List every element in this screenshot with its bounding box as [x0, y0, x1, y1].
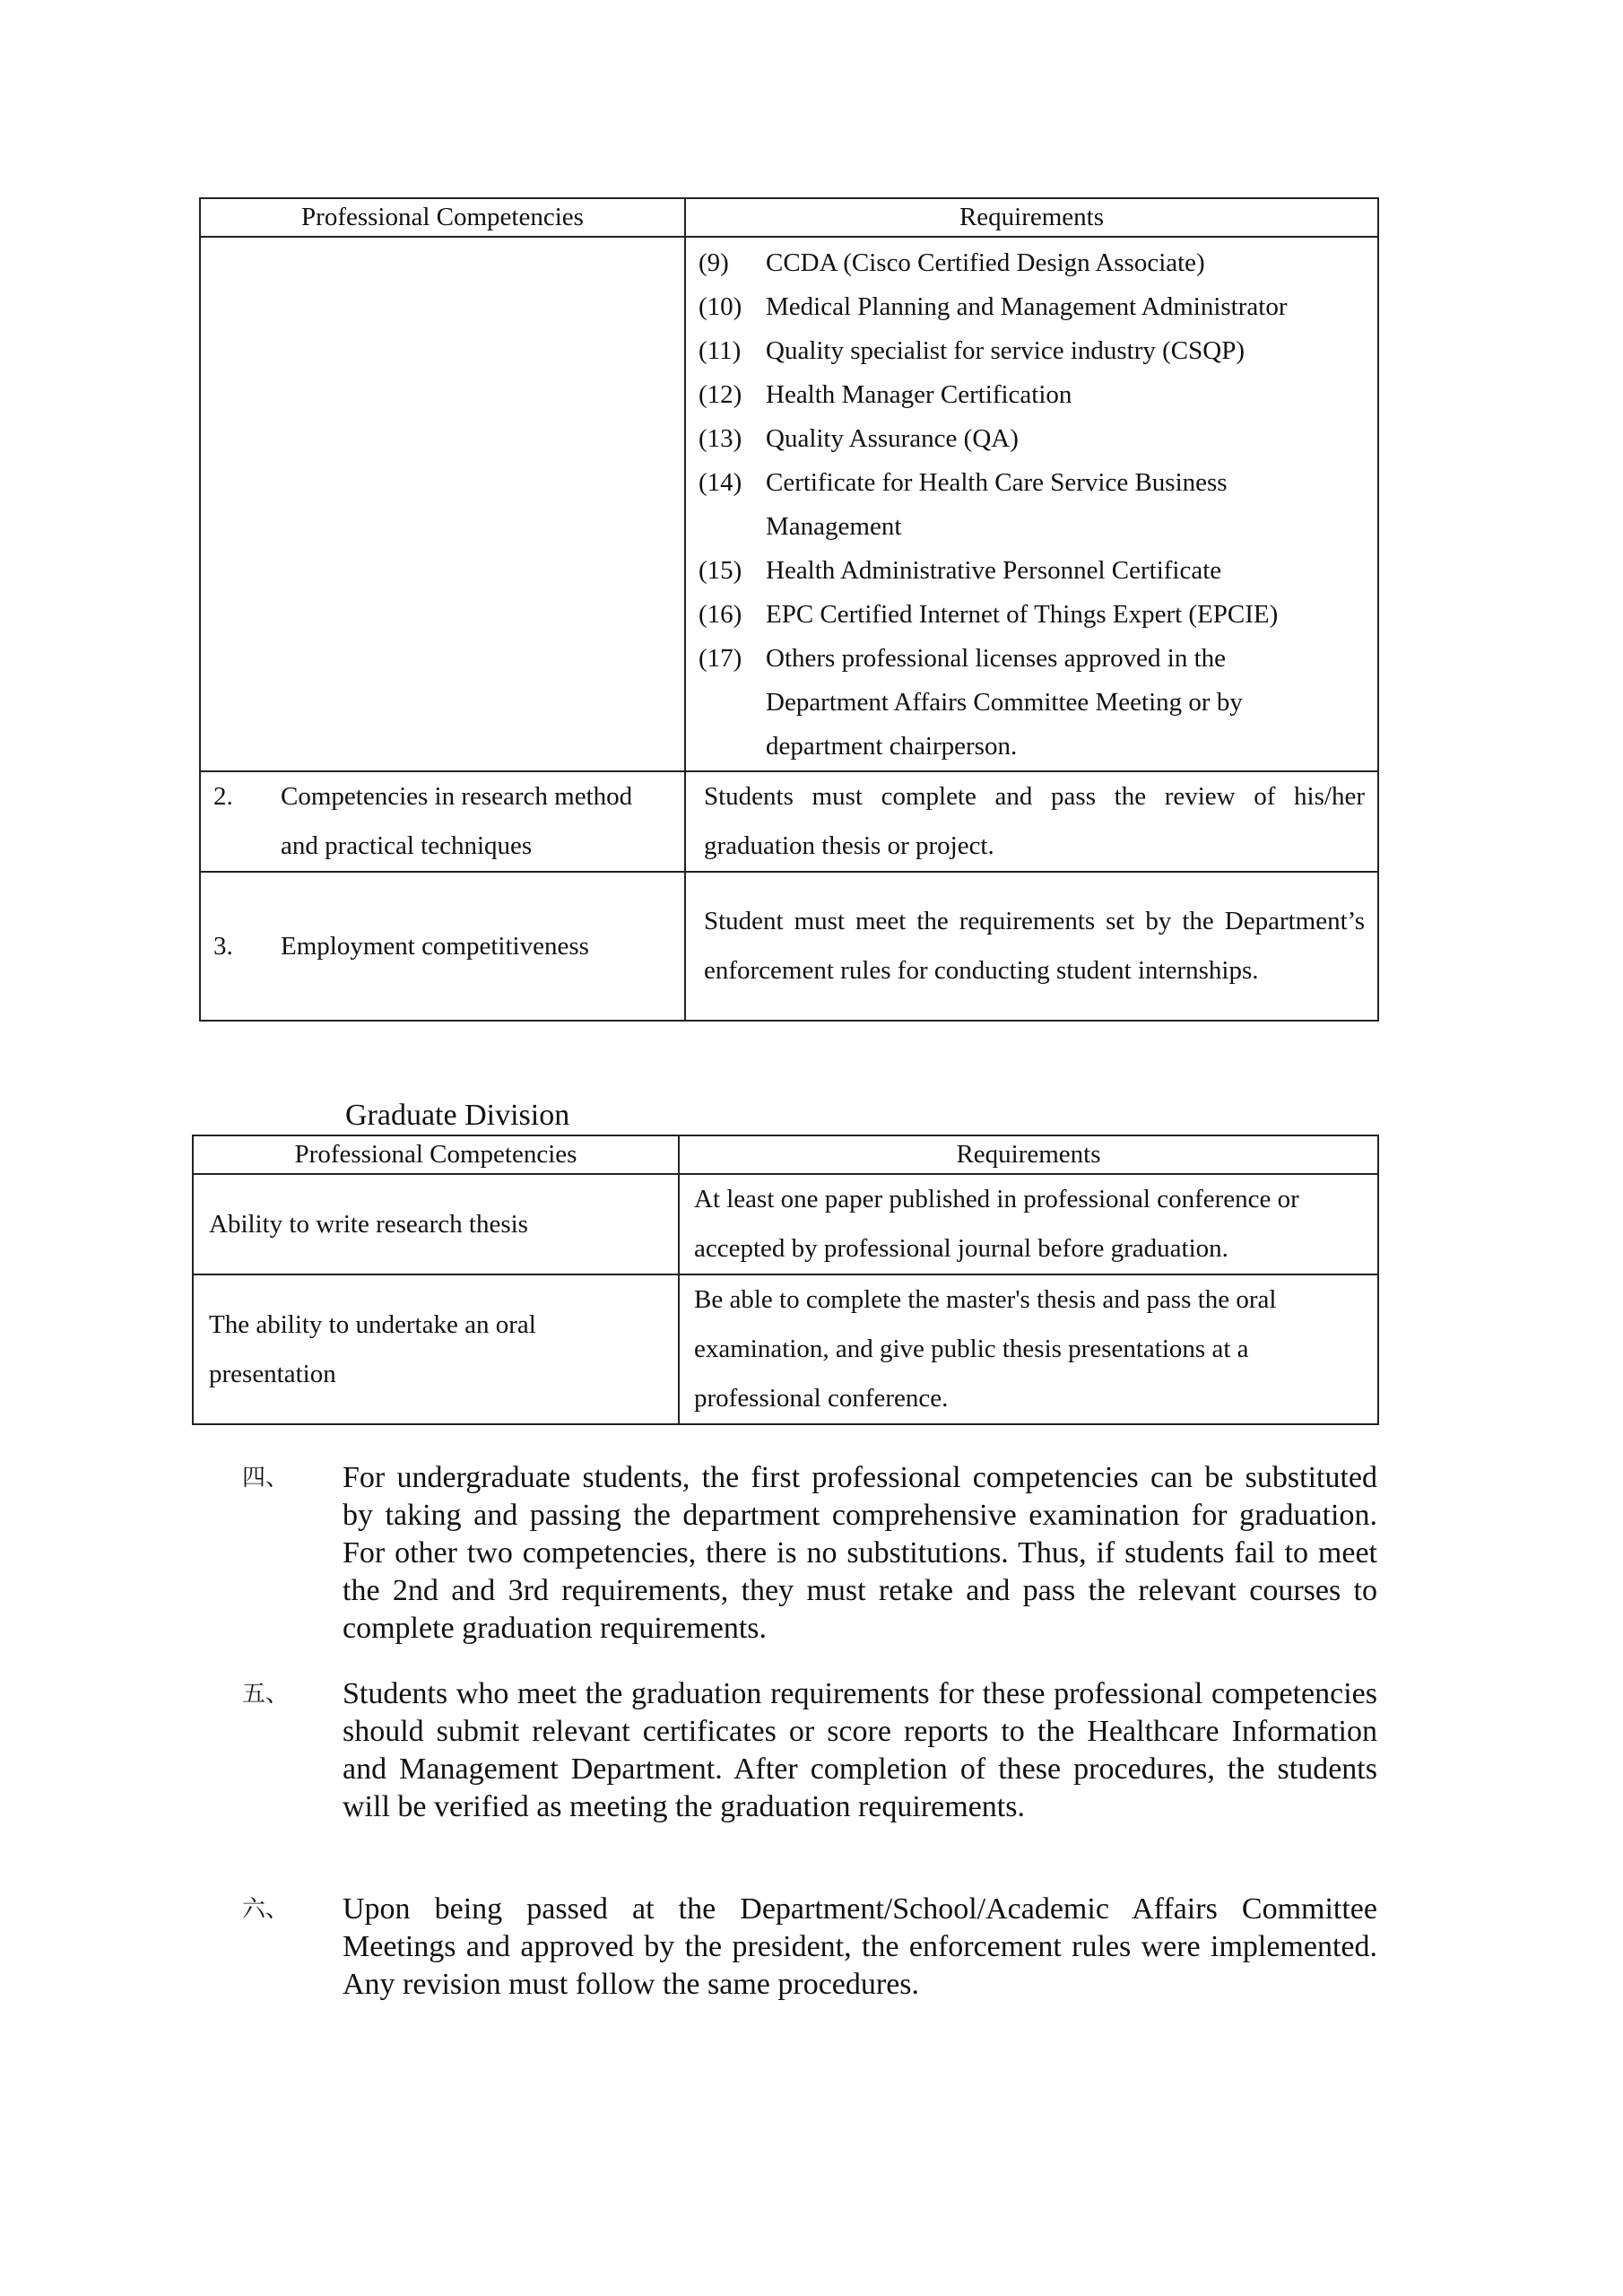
list-item-text: Quality Assurance (QA): [766, 417, 1368, 461]
table-header-row: Professional Competencies Requirements: [200, 198, 1378, 237]
list-item-number: (12): [699, 373, 766, 417]
list-item-text: Others professional licenses approved in…: [766, 637, 1368, 769]
list-item-text: Medical Planning and Management Administ…: [766, 285, 1368, 329]
graduate-competencies-table: Professional Competencies Requirements A…: [192, 1135, 1379, 1425]
header-professional-competencies: Professional Competencies: [193, 1135, 679, 1174]
list-item: (10)Medical Planning and Management Admi…: [699, 285, 1368, 329]
list-item-number: (11): [699, 329, 766, 373]
list-item-text: Certificate for Health Care Service Busi…: [766, 461, 1368, 549]
list-item-text: CCDA (Cisco Certified Design Associate): [766, 241, 1368, 285]
competency-cell: Ability to write research thesis: [193, 1174, 679, 1274]
list-item-text: Health Administrative Personnel Certific…: [766, 549, 1368, 593]
competency-cell: The ability to undertake an oral present…: [193, 1274, 679, 1424]
requirement-cell: Student must meet the requirements set b…: [685, 872, 1378, 1021]
paragraph-text: Students who meet the graduation require…: [343, 1675, 1377, 1826]
competency-text: Employment competitiveness: [281, 922, 675, 971]
competency-number: 3.: [213, 922, 281, 971]
competency-cell-empty: [200, 237, 685, 771]
paragraph-six: 六、 Upon being passed at the Department/S…: [242, 1891, 1377, 2004]
header-requirements: Requirements: [679, 1135, 1378, 1174]
table-row: Ability to write research thesis At leas…: [193, 1174, 1378, 1274]
list-item-number: (13): [699, 417, 766, 461]
list-item-number: (16): [699, 593, 766, 637]
competency-text: Competencies in research method and prac…: [281, 772, 675, 871]
list-item: (15)Health Administrative Personnel Cert…: [699, 549, 1368, 593]
paragraph-text: Upon being passed at the Department/Scho…: [343, 1891, 1377, 2004]
list-item: (16)EPC Certified Internet of Things Exp…: [699, 593, 1368, 637]
competency-cell: 3.Employment competitiveness: [200, 872, 685, 1021]
list-item: (13)Quality Assurance (QA): [699, 417, 1368, 461]
table-row: (9)CCDA (Cisco Certified Design Associat…: [200, 237, 1378, 771]
list-item-text: EPC Certified Internet of Things Expert …: [766, 593, 1368, 637]
paragraph-five: 五、 Students who meet the graduation requ…: [242, 1675, 1377, 1826]
list-item-text: Health Manager Certification: [766, 373, 1368, 417]
table-header-row: Professional Competencies Requirements: [193, 1135, 1378, 1174]
table-row: The ability to undertake an oral present…: [193, 1274, 1378, 1424]
list-item: (11)Quality specialist for service indus…: [699, 329, 1368, 373]
paragraph-marker: 六、: [242, 1891, 343, 2004]
list-item-number: (15): [699, 549, 766, 593]
paragraph-four: 四、 For undergraduate students, the first…: [242, 1459, 1377, 1648]
header-requirements: Requirements: [685, 198, 1378, 237]
graduate-division-title: Graduate Division: [345, 1096, 569, 1135]
requirement-cell: Be able to complete the master's thesis …: [679, 1274, 1378, 1424]
list-item-number: (17): [699, 637, 766, 769]
table-row: 3.Employment competitiveness Student mus…: [200, 872, 1378, 1021]
certificate-list-cell: (9)CCDA (Cisco Certified Design Associat…: [685, 237, 1378, 771]
list-item: (12)Health Manager Certification: [699, 373, 1368, 417]
list-item-number: (10): [699, 285, 766, 329]
requirement-cell: Students must complete and pass the revi…: [685, 771, 1378, 872]
paragraph-marker: 四、: [242, 1459, 343, 1648]
competency-cell: 2.Competencies in research method and pr…: [200, 771, 685, 872]
list-item: (17)Others professional licenses approve…: [699, 637, 1368, 769]
paragraph-text: For undergraduate students, the first pr…: [343, 1459, 1377, 1648]
undergrad-competencies-table: Professional Competencies Requirements (…: [199, 197, 1379, 1022]
paragraph-marker: 五、: [242, 1675, 343, 1826]
list-item: (14)Certificate for Health Care Service …: [699, 461, 1368, 549]
list-item: (9)CCDA (Cisco Certified Design Associat…: [699, 241, 1368, 285]
list-item-text: Quality specialist for service industry …: [766, 329, 1368, 373]
competency-number: 2.: [213, 772, 281, 871]
certificate-list: (9)CCDA (Cisco Certified Design Associat…: [686, 238, 1377, 770]
header-professional-competencies: Professional Competencies: [200, 198, 685, 237]
requirement-cell: At least one paper published in professi…: [679, 1174, 1378, 1274]
list-item-number: (9): [699, 241, 766, 285]
list-item-number: (14): [699, 461, 766, 549]
table-row: 2.Competencies in research method and pr…: [200, 771, 1378, 872]
